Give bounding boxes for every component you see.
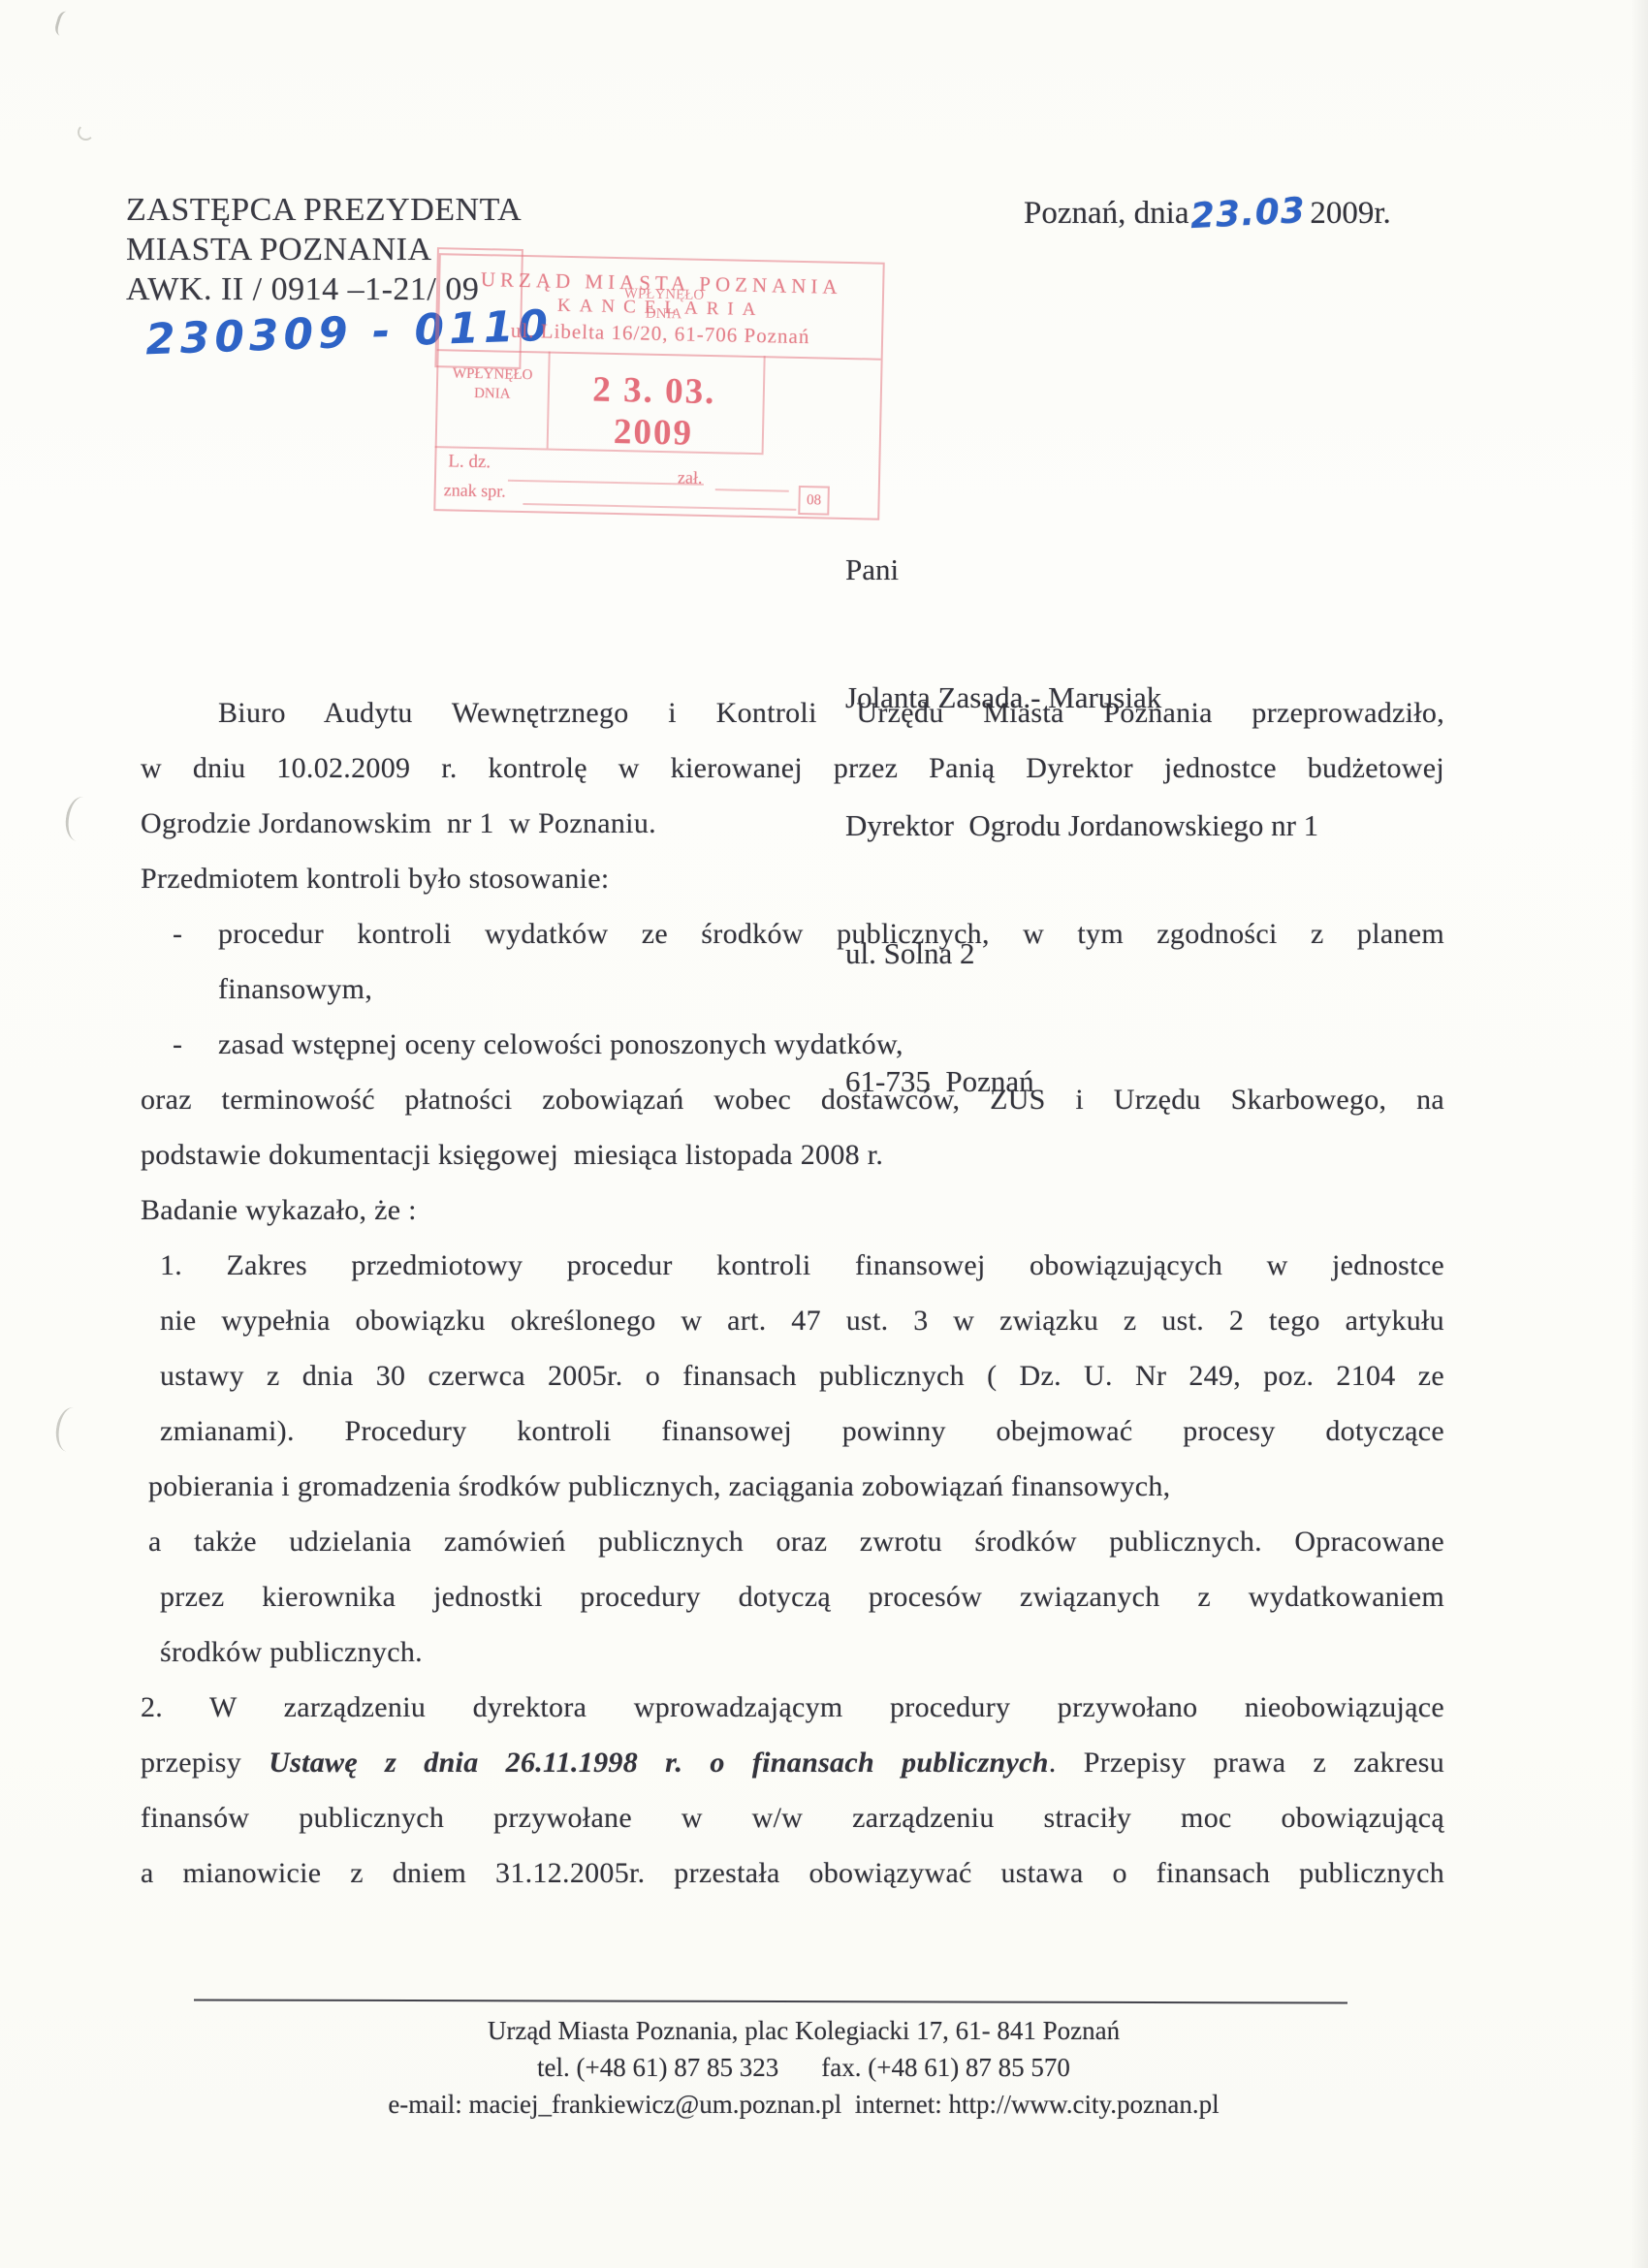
footer-tel: tel. (+48 61) 87 85 323 [537,2053,778,2082]
body-line: Badanie wykazało, że : [141,1182,1444,1238]
stamp-ldz-label: L. dz. [448,451,491,473]
footer-phone-line: tel. (+48 61) 87 85 323fax. (+48 61) 87 … [222,2049,1385,2086]
body-line: oraz terminowość płatności zobowiązań wo… [141,1072,1444,1127]
footer-fax: fax. (+48 61) 87 85 570 [821,2053,1070,2082]
dateline-prefix: Poznań, dnia [1024,196,1188,231]
footer-block: Urząd Miasta Poznania, plac Kolegiacki 1… [222,2012,1385,2123]
stamp-received-label-left: WPŁYNĘŁO DNIA [440,363,546,404]
letter-body: Biuro Audytu Wewnętrznego i Kontroli Urz… [141,685,1444,1901]
body-line: środków publicznych. [141,1624,1444,1680]
body-line-bulleted: - zasad wstępnej oceny celowości ponoszo… [141,1017,1444,1072]
body-line: Biuro Audytu Wewnętrznego i Kontroli Urz… [141,685,1444,740]
sender-title: ZASTĘPCA PREZYDENTA [126,190,522,230]
kancelaria-stamp: URZĄD MIASTA POZNANIA KANCELARIA ul. Lib… [431,247,893,526]
body-line: Przedmiotem kontroli było stosowanie: [141,851,1444,906]
body-line: przez kierownika jednostki procedury dot… [141,1569,1444,1624]
body-line: a także udzielania zamówień publicznych … [141,1514,1444,1569]
emphasized-law-title: Ustawę z dnia 26.11.1998 r. o finansach … [269,1747,1049,1779]
body-line: finansowym, [141,961,1444,1017]
body-line: ustawy z dnia 30 czerwca 2005r. o finans… [141,1348,1444,1403]
body-line: podstawie dokumentacji księgowej miesiąc… [141,1127,1444,1182]
bullet-dash: - [173,1017,218,1072]
body-line: pobierania i gromadzenia środków publicz… [141,1459,1444,1514]
body-line: w dniu 10.02.2009 r. kontrolę w kierowan… [141,740,1444,796]
dateline-year: 2009r. [1310,196,1390,231]
body-line: 2. W zarządzeniu dyrektora wprowadzający… [141,1680,1444,1735]
body-line: nie wypełnia obowiązku określonego w art… [141,1293,1444,1348]
scanned-letter-page: ZASTĘPCA PREZYDENTA MIASTA POZNANIA AWK.… [0,0,1648,2268]
scan-artifact [63,795,98,843]
stamp-znak-label: znak spr. [443,480,505,501]
scan-artifact [78,124,94,141]
stamp-corner-number: 08 [798,486,830,516]
bullet-dash: - [173,906,218,961]
footer-email-internet: e-mail: maciej_frankiewicz@um.poznan.pl … [222,2086,1385,2123]
body-line: 1. Zakres przedmiotowy procedur kontroli… [141,1238,1444,1293]
body-line-bulleted: - procedur kontroli wydatków ze środków … [141,906,1444,961]
handwritten-date: 23.03 [1189,191,1307,236]
body-line: Ogrodzie Jordanowskim nr 1 w Poznaniu. [141,796,1444,851]
body-line: a mianowicie z dniem 31.12.2005r. przest… [141,1845,1444,1901]
stamp-zal-label: zał. [678,467,703,488]
body-line-with-emphasis: przepisy Ustawę z dnia 26.11.1998 r. o f… [141,1735,1444,1790]
scan-artifact [53,10,78,39]
body-line: finansów publicznych przywołane w w/w za… [141,1790,1444,1845]
recipient-salutation: Pani [845,549,1318,591]
footer-rule [194,1999,1347,2003]
stamp-received-date: 2 3. 03. 2009 [548,368,761,457]
body-line: zmianami). Procedury kontroli finansowej… [141,1403,1444,1459]
dateline: Poznań, dnia23.032009r. [1024,194,1391,234]
footer-address: Urząd Miasta Poznania, plac Kolegiacki 1… [222,2012,1385,2049]
scan-artifact [53,1405,88,1454]
